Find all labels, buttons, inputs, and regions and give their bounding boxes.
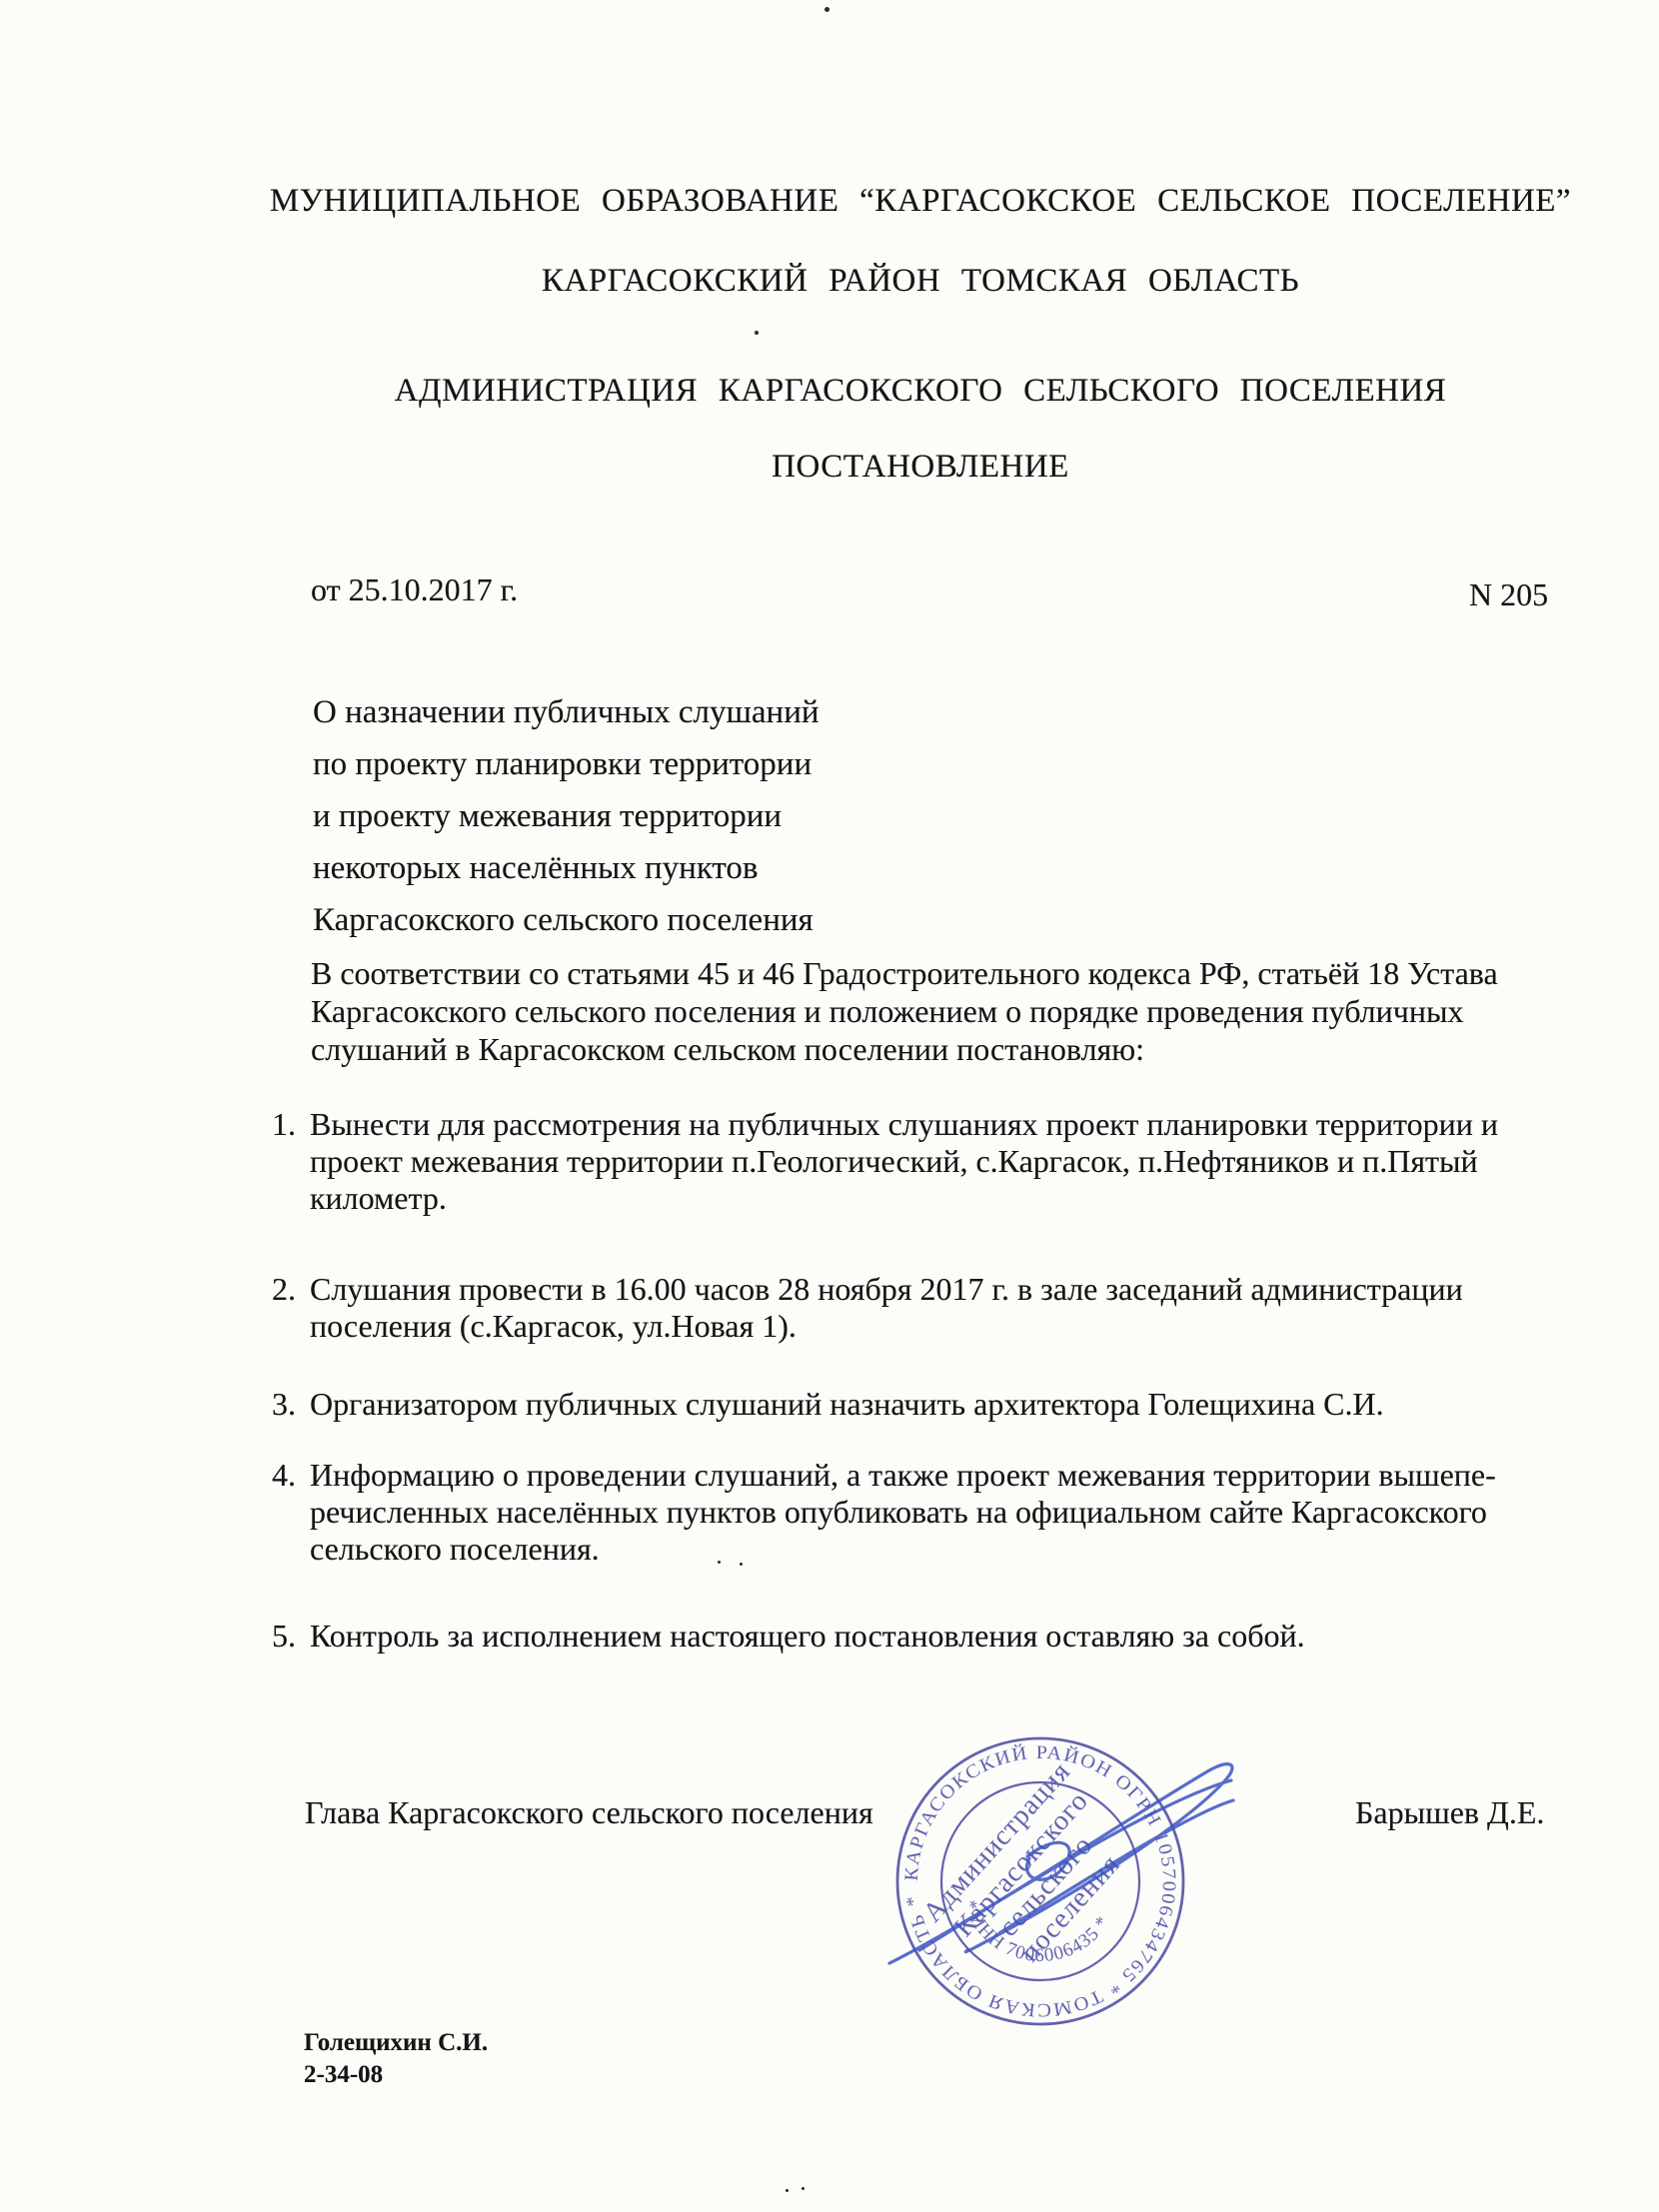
scan-speckle [825,7,829,12]
list-item-2: 2. Слушания провести в 16.00 часов 28 но… [272,1271,1463,1345]
scan-speckle [802,2187,805,2190]
list-item-number: 4. [272,1457,310,1494]
list-item-text: Организатором публичных слушаний назначи… [310,1386,1384,1423]
intro-line: слушаний в Каргасокском сельском поселен… [311,1030,1498,1068]
list-item-1: 1. Вынести для рассмотрения на публичных… [272,1106,1498,1217]
intro-line: В соответствии со статьями 45 и 46 Градо… [311,954,1498,992]
list-item-number: 1. [272,1106,310,1143]
list-item-line: Организатором публичных слушаний назначи… [310,1386,1384,1423]
list-item-line: речисленных населённых пунктов опубликов… [310,1494,1496,1531]
list-item-text: Информацию о проведении слушаний, а такж… [310,1457,1496,1568]
list-item-4: 4. Информацию о проведении слушаний, а т… [272,1457,1496,1568]
list-item-line: сельского поселения. [310,1531,1496,1568]
scan-speckle [718,1561,721,1564]
list-item-line: Информацию о проведении слушаний, а такж… [310,1457,1496,1494]
list-item-line: проект межевания территории п.Геологичес… [310,1143,1498,1180]
list-item-number: 3. [272,1386,310,1423]
document-number: N 205 [1469,576,1548,613]
subject-line: и проекту межевания территории [313,790,820,842]
list-item-line: километр. [310,1180,1498,1217]
list-item-5: 5. Контроль за исполнением настоящего по… [272,1618,1305,1655]
signatory-title: Глава Каргасокского сельского поселения [305,1794,873,1831]
scanned-resolution-page: МУНИЦИПАЛЬНОЕ ОБРАЗОВАНИЕ “КАРГАСОКСКОЕ … [0,0,1659,2212]
list-item-line: Контроль за исполнением настоящего поста… [310,1618,1305,1655]
executor-phone: 2-34-08 [304,2059,488,2091]
org-administration-line: АДМИНИСТРАЦИЯ КАРГАСОКСКОГО СЕЛЬСКОГО ПО… [182,371,1659,411]
subject-line: Каргасокского сельского поселения [313,894,820,946]
list-item-line: поселения (с.Каргасок, ул.Новая 1). [310,1308,1463,1345]
executor-name: Голещихин С.И. [304,2027,488,2059]
scan-speckle [786,2189,789,2192]
subject-line: О назначении публичных слушаний [313,686,820,738]
subject-block: О назначении публичных слушаний по проек… [313,686,820,946]
executor-block: Голещихин С.И. 2-34-08 [304,2027,488,2091]
org-name-line: МУНИЦИПАЛЬНОЕ ОБРАЗОВАНИЕ “КАРГАСОКСКОЕ … [182,181,1659,221]
signature-stroke [919,1780,1231,1950]
signatory-name: Барышев Д.Е. [1355,1794,1544,1831]
list-item-number: 5. [272,1618,310,1655]
intro-paragraph: В соответствии со статьями 45 и 46 Градо… [311,954,1498,1068]
scan-speckle [755,331,759,335]
list-item-line: Вынести для рассмотрения на публичных сл… [310,1106,1498,1143]
list-item-3: 3. Организатором публичных слушаний назн… [272,1386,1384,1423]
list-item-line: Слушания провести в 16.00 часов 28 ноябр… [310,1271,1463,1308]
handwritten-signature [859,1728,1259,1988]
scan-speckle [740,1563,743,1566]
list-item-text: Вынести для рассмотрения на публичных сл… [310,1106,1498,1217]
document-date: от 25.10.2017 г. [311,571,518,608]
subject-line: по проекту планировки территории [313,738,820,790]
document-type-title: ПОСТАНОВЛЕНИЕ [182,447,1659,487]
list-item-text: Слушания провести в 16.00 часов 28 ноябр… [310,1271,1463,1345]
list-item-text: Контроль за исполнением настоящего поста… [310,1618,1305,1655]
intro-line: Каргасокского сельского поселения и поло… [311,992,1498,1030]
org-region-line: КАРГАСОКСКИЙ РАЙОН ТОМСКАЯ ОБЛАСТЬ [182,261,1659,301]
subject-line: некоторых населённых пунктов [313,842,820,894]
list-item-number: 2. [272,1271,310,1308]
